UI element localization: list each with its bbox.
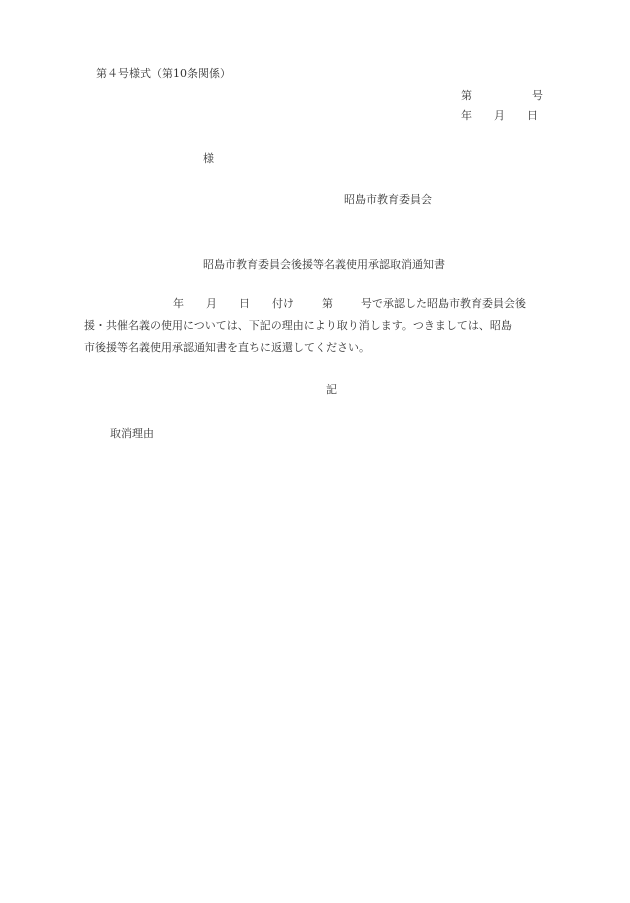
date-day: 日 bbox=[527, 109, 538, 122]
ki-heading: 記 bbox=[326, 383, 337, 397]
document-date-line: 年月日 bbox=[461, 109, 538, 123]
document-number-line: 第号 bbox=[461, 89, 543, 103]
date-year: 年 bbox=[461, 109, 472, 122]
body-line-3: 市後援等名義使用承認通知書を直ちに返還してください。 bbox=[84, 337, 568, 359]
issuer-name: 昭島市教育委員会 bbox=[344, 193, 432, 207]
addressee-suffix: 様 bbox=[203, 152, 214, 166]
number-prefix: 第 bbox=[461, 89, 472, 102]
number-suffix: 号 bbox=[532, 89, 543, 102]
body-line-2: 援・共催名義の使用については、下記の理由により取り消します。つきましては、昭島 bbox=[84, 315, 568, 337]
form-label: 第４号様式（第10条関係） bbox=[96, 67, 231, 81]
cancellation-reason-label: 取消理由 bbox=[110, 427, 154, 441]
body-paragraph: 年月日付け第号で承認した昭島市教育委員会後 援・共催名義の使用については、下記の… bbox=[98, 293, 568, 359]
body-line-1: 年月日付け第号で承認した昭島市教育委員会後 bbox=[98, 293, 568, 315]
document-title: 昭島市教育委員会後援等名義使用承認取消通知書 bbox=[203, 258, 445, 272]
date-month: 月 bbox=[494, 109, 505, 122]
